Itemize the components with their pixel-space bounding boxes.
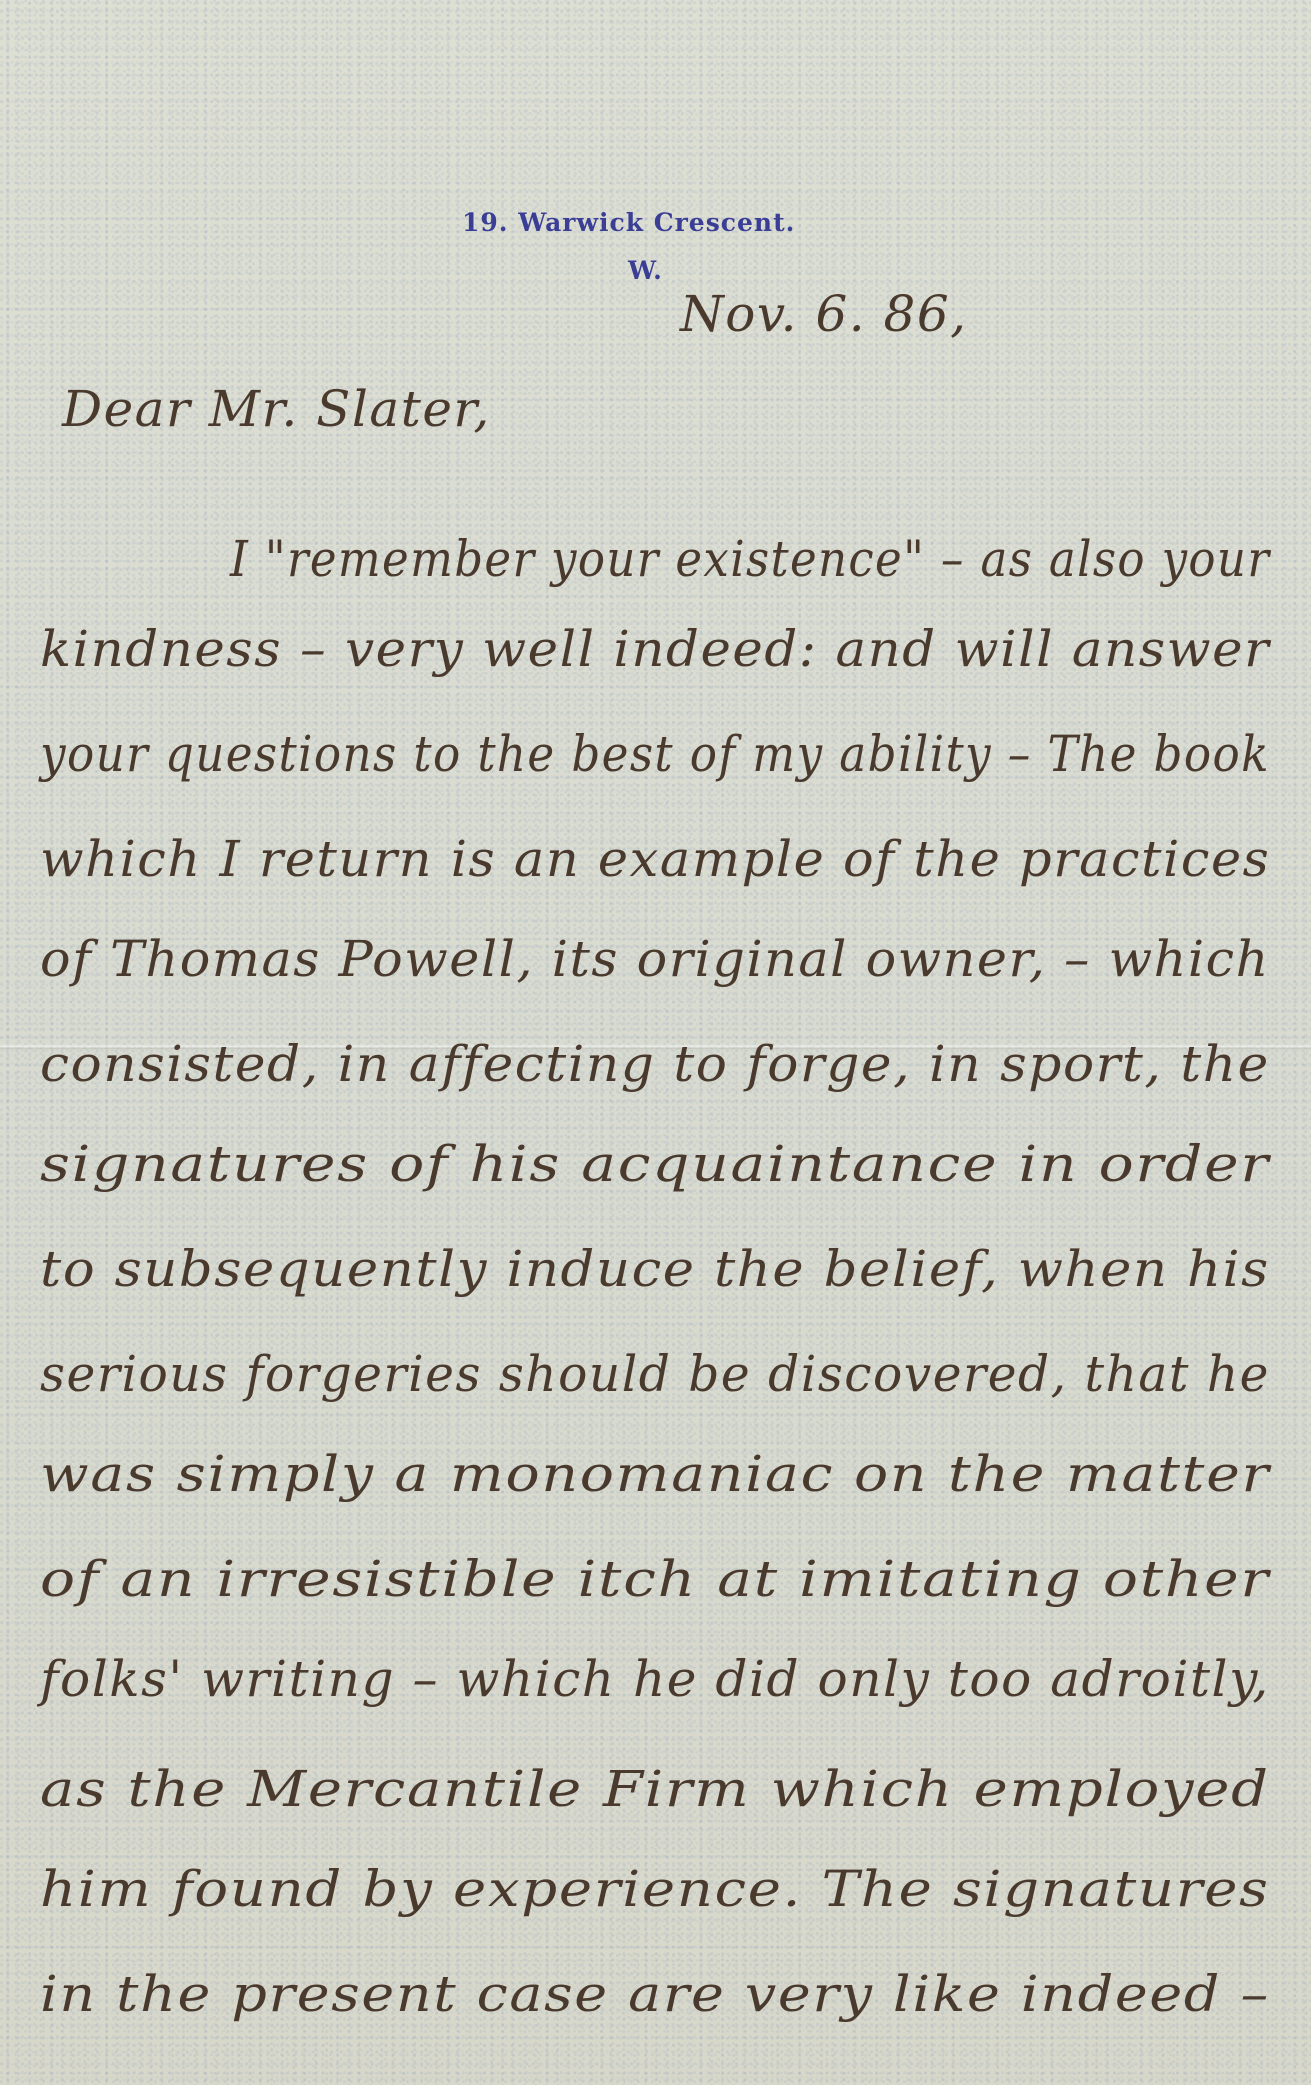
- body-line: was simply a monomaniac on the matter: [40, 1445, 1270, 1503]
- body-line: your questions to the best of my ability…: [40, 725, 1270, 783]
- body-line: I "remember your existence" – as also yo…: [230, 530, 1270, 588]
- letterhead-district: W.: [628, 256, 663, 285]
- salutation: Dear Mr. Slater,: [62, 380, 491, 438]
- body-line: folks' writing – which he did only too a…: [40, 1650, 1270, 1708]
- body-line: of Thomas Powell, its original owner, – …: [40, 930, 1270, 988]
- letter-page: 19. Warwick Crescent. W. Nov. 6. 86, Dea…: [0, 0, 1311, 2085]
- body-line: in the present case are very like indeed…: [40, 1965, 1270, 2023]
- letterhead-street: 19. Warwick Crescent.: [462, 208, 795, 237]
- body-line: kindness – very well indeed: and will an…: [40, 620, 1270, 678]
- body-line: serious forgeries should be discovered, …: [40, 1345, 1270, 1403]
- body-line: to subsequently induce the belief, when …: [40, 1240, 1270, 1298]
- body-line: as the Mercantile Firm which employed: [40, 1760, 1270, 1818]
- body-line: which I return is an example of the prac…: [40, 830, 1270, 888]
- body-line: him found by experience. The signatures: [40, 1860, 1270, 1918]
- body-line: consisted, in affecting to forge, in spo…: [40, 1035, 1270, 1093]
- body-line: signatures of his acquaintance in order: [40, 1135, 1270, 1193]
- body-line: of an irresistible itch at imitating oth…: [40, 1550, 1270, 1608]
- letter-date: Nov. 6. 86,: [680, 285, 968, 343]
